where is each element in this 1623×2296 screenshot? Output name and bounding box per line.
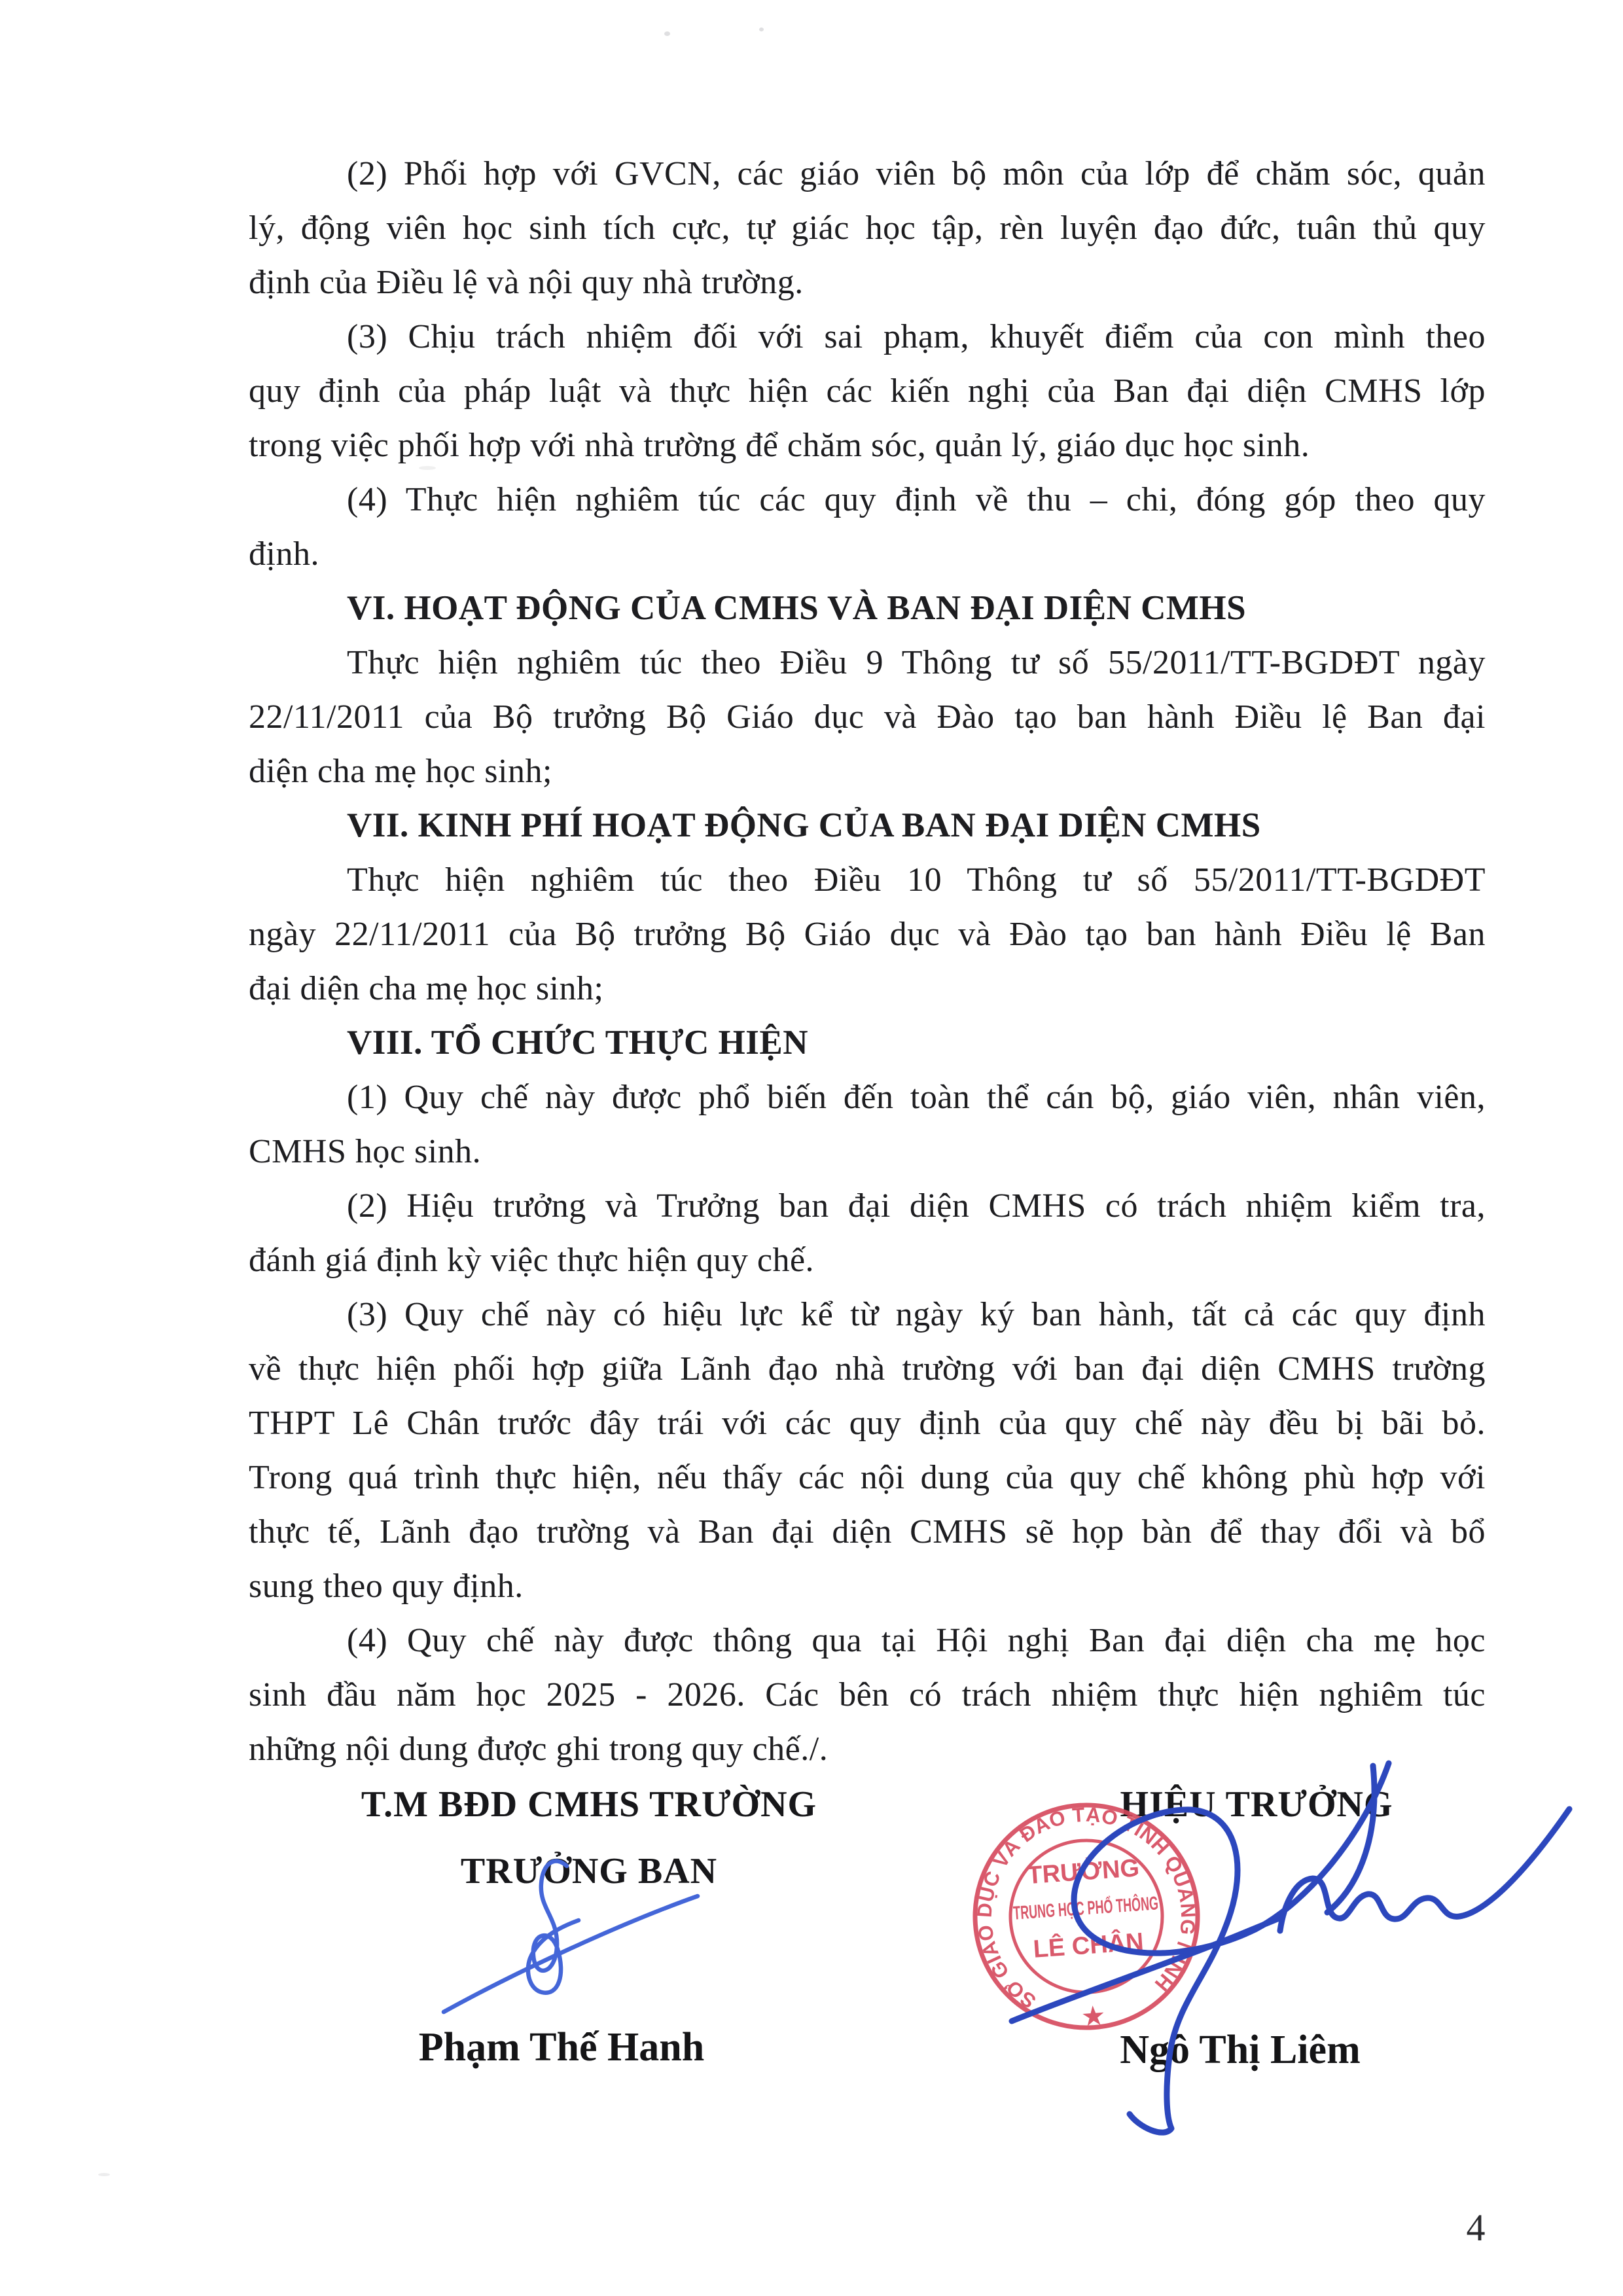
- stamp-inner-circle: [1005, 1835, 1168, 1998]
- text-line: về thực hiện phối hợp giữa Lãnh đạo nhà …: [249, 1342, 1486, 1396]
- right-signatory-title: HIỆU TRƯỞNG: [1060, 1782, 1453, 1827]
- stamp-school-level: TRUNG HỌC PHỔ THÔNG: [1012, 1892, 1159, 1924]
- left-signatory-title: T.M BĐD CMHS TRƯỜNG: [278, 1782, 900, 1827]
- text-line: ngày 22/11/2011 của Bộ trưởng Bộ Giáo dụ…: [249, 907, 1486, 961]
- text-line: (3) Chịu trách nhiệm đối với sai phạm, k…: [249, 310, 1486, 364]
- text-line: lý, động viên học sinh tích cực, tự giác…: [249, 201, 1486, 255]
- text-line: 22/11/2011 của Bộ trưởng Bộ Giáo dục và …: [249, 690, 1486, 744]
- section-heading: VIII. TỔ CHỨC THỰC HIỆN: [249, 1016, 1486, 1070]
- text-line: (4) Thực hiện nghiêm túc các quy định về…: [249, 473, 1486, 527]
- text-line: Thực hiện nghiêm túc theo Điều 10 Thông …: [249, 853, 1486, 907]
- text-line: sung theo quy định.: [249, 1559, 1486, 1613]
- text-line: (2) Phối hợp với GVCN, các giáo viên bộ …: [249, 147, 1486, 201]
- text-line: THPT Lê Chân trước đây trái với các quy …: [249, 1396, 1486, 1450]
- text-line: định.: [249, 527, 1486, 581]
- text-line: sinh đầu năm học 2025 - 2026. Các bên có…: [249, 1668, 1486, 1722]
- scanned-document-page: (2) Phối hợp với GVCN, các giáo viên bộ …: [0, 0, 1623, 2296]
- section-heading: VII. KINH PHÍ HOẠT ĐỘNG CỦA BAN ĐẠI DIỆN…: [249, 798, 1486, 853]
- scan-speck: [664, 31, 670, 36]
- page-number: 4: [1446, 2206, 1505, 2250]
- text-line: những nội dung được ghi trong quy chế./.: [249, 1722, 1486, 1776]
- left-signatory-role: TRƯỞNG BAN: [278, 1848, 900, 1894]
- right-signatory-name: Ngô Thị Liêm: [1047, 2026, 1433, 2073]
- signature-stroke: [1012, 1919, 1277, 2021]
- official-red-stamp: SỞ GIÁO DỤC VÀ ĐÀO TẠO TỈNH QUẢNG NINH T…: [965, 1795, 1207, 2039]
- scan-speck: [419, 466, 436, 470]
- text-line: quy định của pháp luật và thực hiện các …: [249, 364, 1486, 418]
- stamp-school-word: TRƯỜNG: [1026, 1853, 1140, 1890]
- stamp-ring-text: SỞ GIÁO DỤC VÀ ĐÀO TẠO TỈNH QUẢNG NINH: [965, 1795, 1206, 2016]
- document-body: (2) Phối hợp với GVCN, các giáo viên bộ …: [249, 147, 1486, 1776]
- text-line: đánh giá định kỳ việc thực hiện quy chế.: [249, 1233, 1486, 1287]
- text-line: trong việc phối hợp với nhà trường để ch…: [249, 418, 1486, 473]
- text-line: Thực hiện nghiêm túc theo Điều 9 Thông t…: [249, 636, 1486, 690]
- text-line: CMHS học sinh.: [249, 1124, 1486, 1179]
- scan-speck: [98, 2173, 110, 2176]
- section-heading: VI. HOẠT ĐỘNG CỦA CMHS VÀ BAN ĐẠI DIỆN C…: [249, 581, 1486, 636]
- scan-speck: [759, 27, 764, 31]
- text-line: (3) Quy chế này có hiệu lực kể từ ngày k…: [249, 1287, 1486, 1342]
- stamp-outer-circle: [968, 1798, 1205, 2036]
- text-line: (1) Quy chế này được phổ biến đến toàn t…: [249, 1070, 1486, 1124]
- text-line: diện cha mẹ học sinh;: [249, 744, 1486, 798]
- stamp-school-name: LÊ CHÂN: [1032, 1927, 1145, 1964]
- text-line: đại diện cha mẹ học sinh;: [249, 961, 1486, 1016]
- text-line: (4) Quy chế này được thông qua tại Hội n…: [249, 1613, 1486, 1668]
- signature-stroke: [444, 1896, 698, 2012]
- text-line: thực tế, Lãnh đạo trường và Ban đại diện…: [249, 1505, 1486, 1559]
- text-line: (2) Hiệu trưởng và Trưởng ban đại diện C…: [249, 1179, 1486, 1233]
- left-signatory-name: Phạm Thế Hanh: [365, 2024, 758, 2071]
- text-line: định của Điều lệ và nội quy nhà trường.: [249, 255, 1486, 310]
- text-line: Trong quá trình thực hiện, nếu thấy các …: [249, 1450, 1486, 1505]
